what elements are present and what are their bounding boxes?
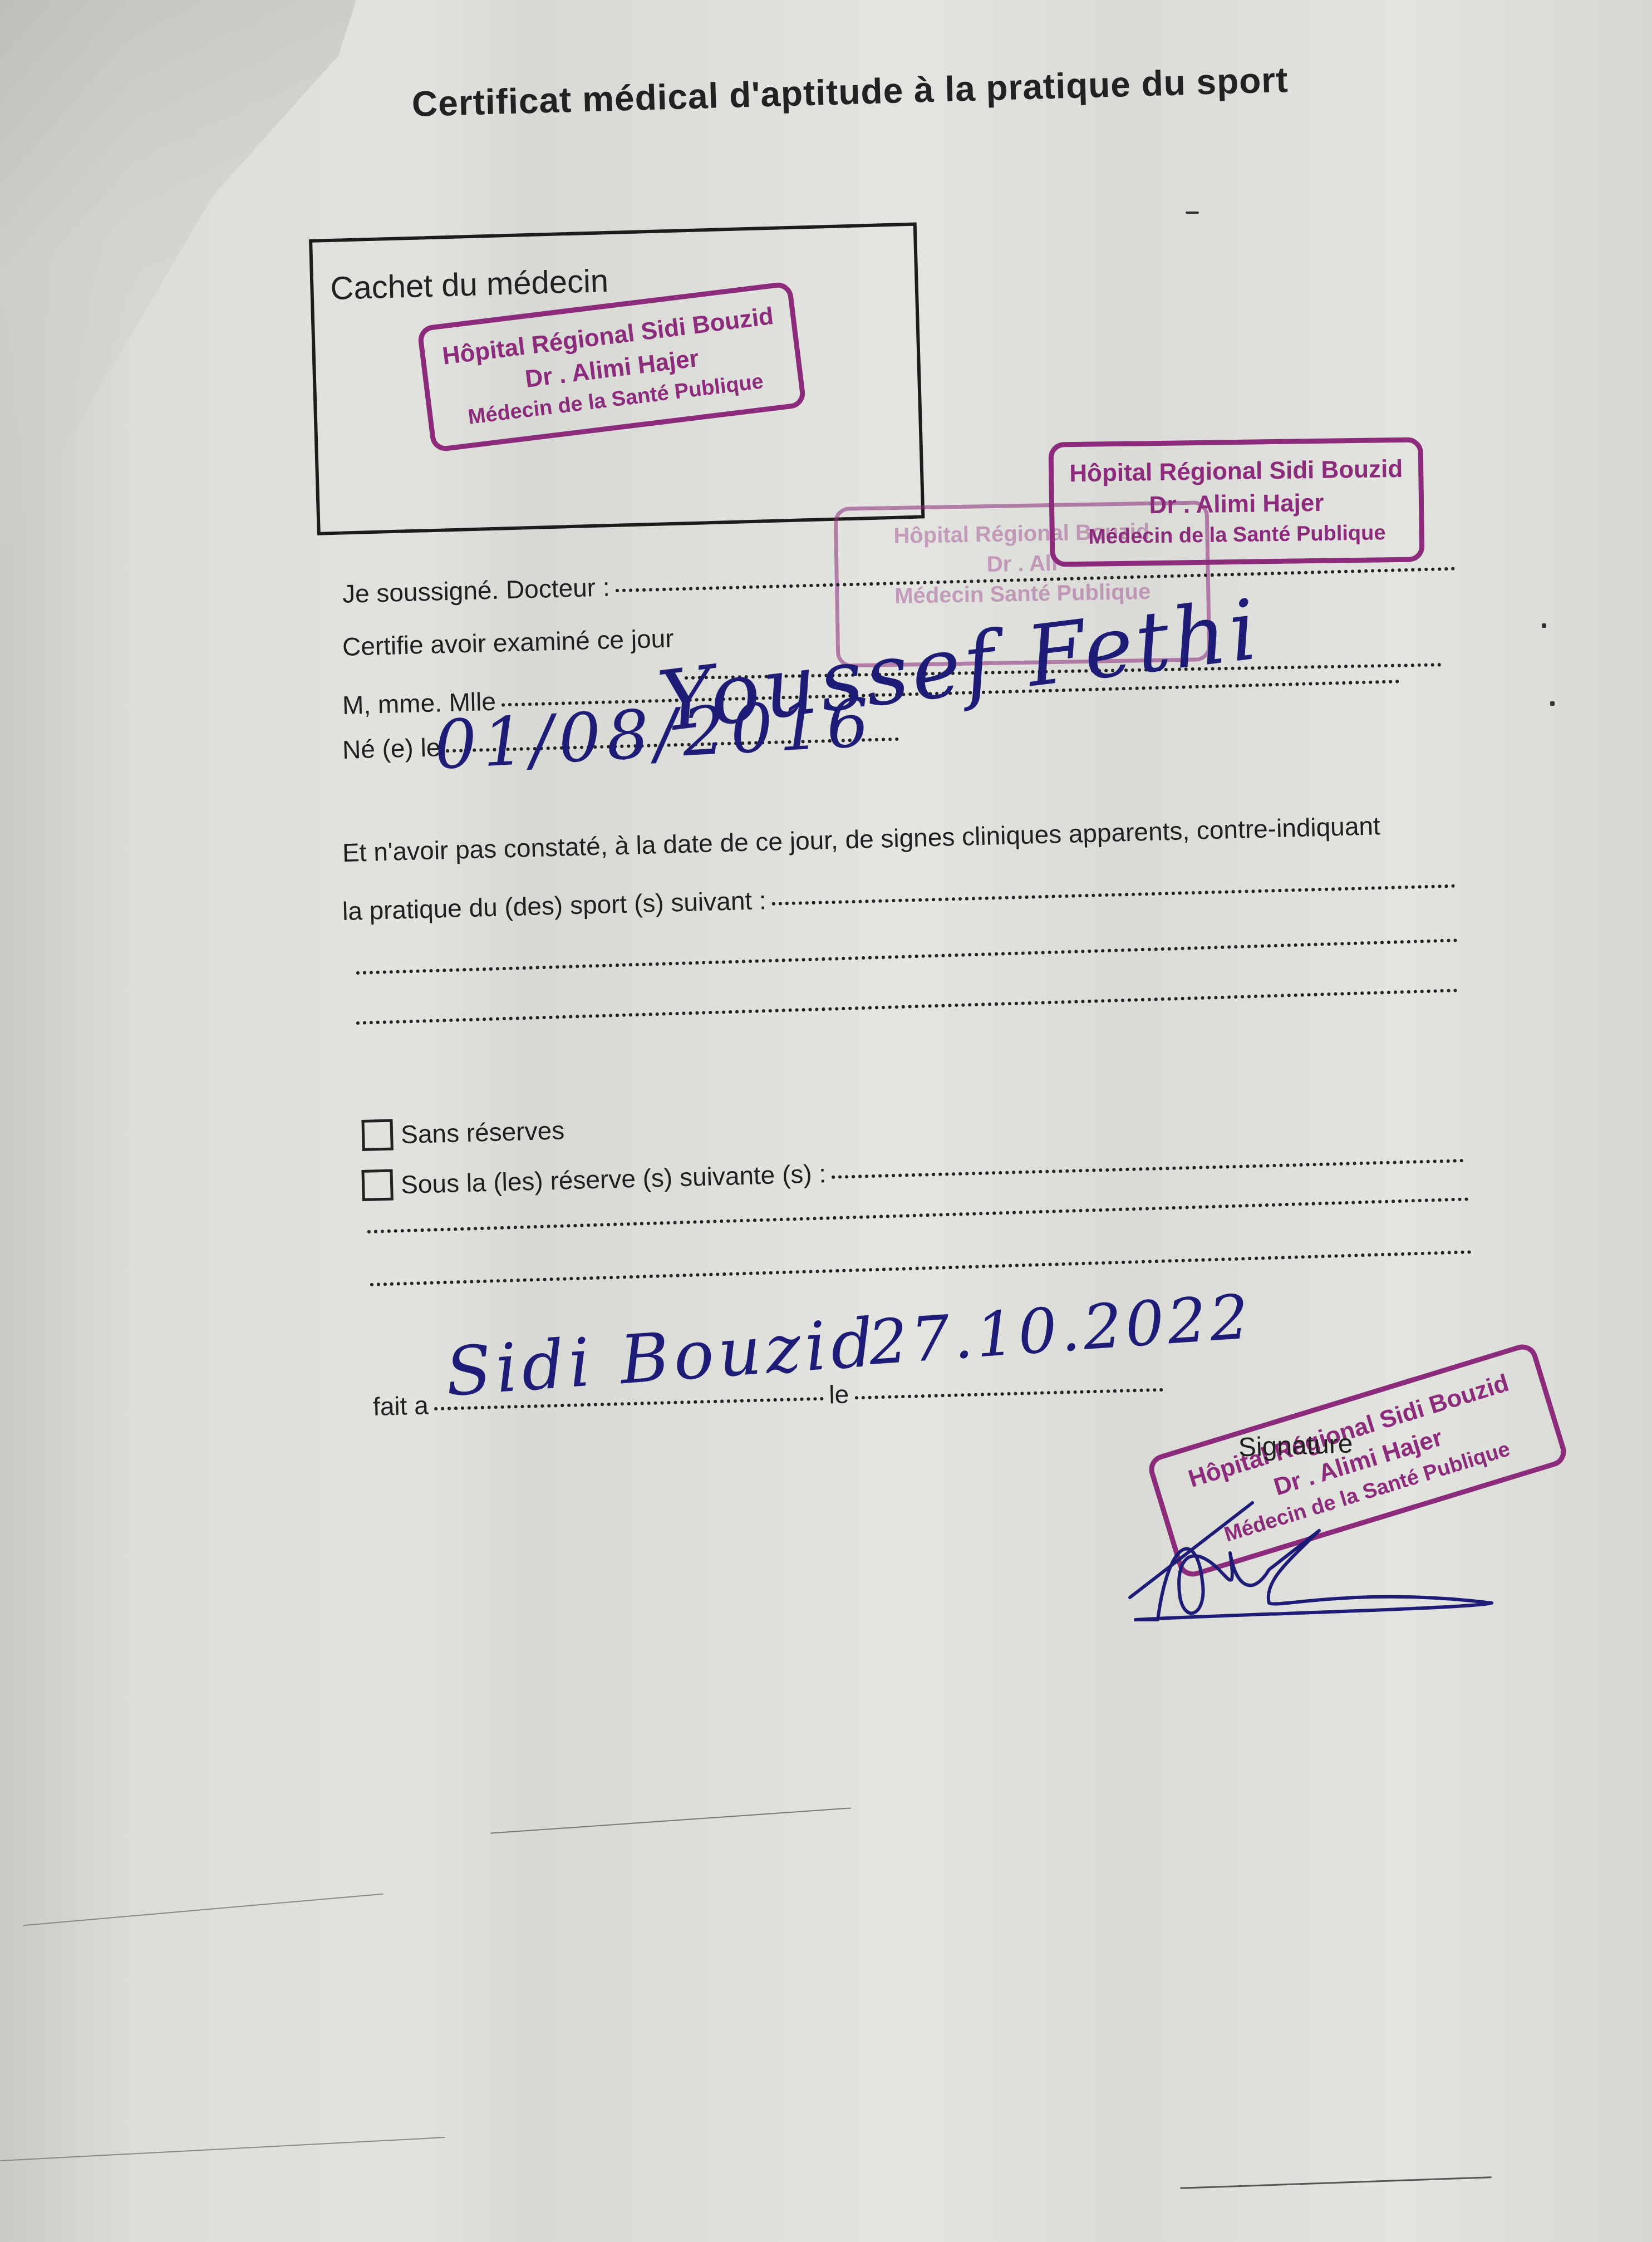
cachet-label: Cachet du médecin	[330, 262, 609, 307]
sport-label: la pratique du (des) sport (s) suivant :	[342, 885, 766, 926]
sport-input-line-3[interactable]	[356, 989, 1458, 1025]
hospital-stamp-middle: Hôpital Régional Sidi Bouzid Dr . Alimi …	[1048, 437, 1424, 567]
faint-line	[23, 1894, 383, 1926]
examined-label: Certifie avoir examiné ce jour	[342, 623, 674, 662]
place-label: fait a	[372, 1390, 429, 1422]
paper-speck	[1550, 701, 1555, 706]
faint-line	[1180, 2176, 1492, 2189]
sport-field: la pratique du (des) sport (s) suivant :	[342, 867, 1456, 926]
no-reserve-label: Sans réserves	[400, 1115, 564, 1149]
reserve-input-line-3[interactable]	[370, 1250, 1472, 1286]
reserve-input-line[interactable]	[832, 1156, 1464, 1179]
doctor-signature	[1124, 1469, 1525, 1636]
no-reserve-checkbox[interactable]	[361, 1119, 393, 1151]
date-input-line[interactable]	[854, 1385, 1163, 1400]
sport-input-line-2[interactable]	[356, 938, 1458, 975]
doctor-input-line[interactable]	[615, 564, 1455, 593]
paper-speck	[1186, 212, 1199, 214]
signature-label: Signature	[1238, 1428, 1353, 1463]
doctor-label: Je soussigné. Docteur :	[342, 572, 610, 609]
birth-label: Né (e) le	[342, 732, 441, 765]
document-title: Certificat médical d'aptitude à la prati…	[411, 59, 1289, 125]
faint-line	[0, 2137, 445, 2161]
paper-speck	[1542, 623, 1546, 628]
reserve-input-line-2[interactable]	[367, 1197, 1469, 1233]
statement-line-1: Et n'avoir pas constaté, à la date de ce…	[342, 809, 1456, 868]
faint-line	[490, 1807, 852, 1833]
sport-input-line[interactable]	[772, 881, 1456, 906]
handwritten-date: 27.10.2022	[866, 1281, 1254, 1379]
certificate-page: Certificat médical d'aptitude à la prati…	[0, 0, 1652, 2242]
reserve-checkbox[interactable]	[361, 1169, 393, 1201]
reserve-label: Sous la (les) réserve (s) suivante (s) :	[400, 1158, 826, 1199]
